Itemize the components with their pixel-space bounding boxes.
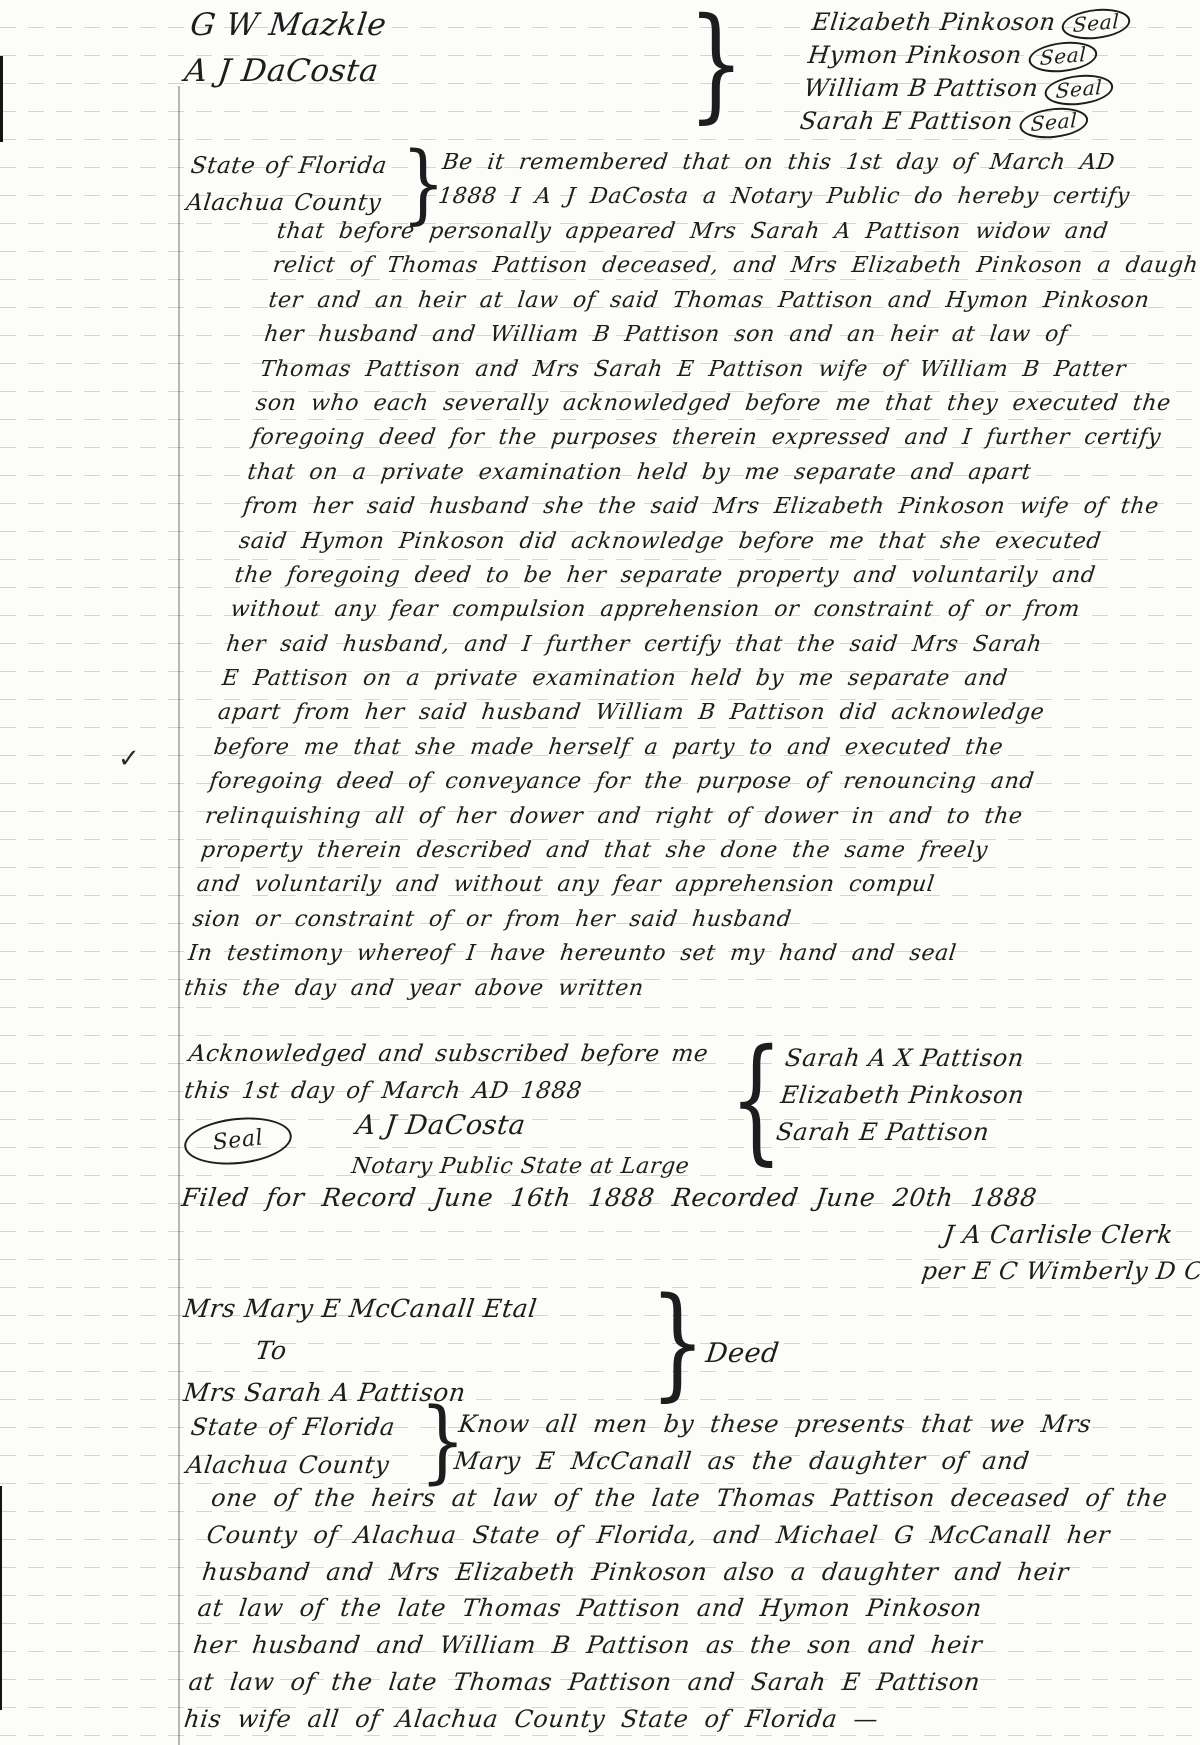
- handwritten-line: Mary E McCanall as the daughter of and: [182, 1443, 1197, 1480]
- handwritten-line: and voluntarily and without any fear app…: [195, 868, 1199, 902]
- caption-connector: To: [254, 1336, 289, 1365]
- attestation-statement: Acknowledged and subscribed before methi…: [182, 1036, 1200, 1110]
- acknowledgment-opening: Be it remembered that on this 1st day of…: [182, 146, 1190, 215]
- handwritten-line: apart from her said husband William B Pa…: [216, 696, 1200, 730]
- notary-title: Notary Public State at Large: [350, 1154, 691, 1179]
- seal-stamp: Seal: [1028, 39, 1098, 75]
- deed-section: State of FloridaAlachua County } Know al…: [182, 1406, 1192, 1737]
- handwritten-line: husband and Mrs Elizabeth Pinkoson also …: [200, 1553, 1200, 1590]
- signatory-row: Sarah E PattisonSeal: [798, 105, 1121, 138]
- handwritten-line: said Hymon Pinkoson did acknowledge befo…: [237, 524, 1200, 558]
- handwritten-line: from her said husband she the said Mrs E…: [241, 490, 1200, 524]
- seal-stamp: Seal: [1044, 72, 1114, 108]
- handwritten-line: that on a private examination held by me…: [245, 456, 1200, 490]
- handwritten-line: ter and an heir at law of said Thomas Pa…: [266, 284, 1200, 318]
- acknowledgment-section: State of FloridaAlachua County } Be it r…: [182, 146, 1182, 1006]
- handwritten-line: property therein described and that she …: [199, 834, 1200, 868]
- handwritten-line: 1888 I A J DaCosta a Notary Public do he…: [182, 180, 1186, 214]
- signatory-name: Sarah E Pattison: [798, 107, 1014, 135]
- handwritten-line: Acknowledged and subscribed before me: [187, 1036, 1200, 1073]
- handwritten-line: Thomas Pattison and Mrs Sarah E Pattison…: [258, 352, 1200, 386]
- seal-stamp: Seal: [1019, 105, 1089, 141]
- handwritten-line: son who each severally acknowledged befo…: [254, 387, 1200, 421]
- handwritten-line: Know all men by these presents that we M…: [187, 1406, 1200, 1443]
- deed-body: one of the heirs at law of the late Thom…: [182, 1480, 1200, 1738]
- signatory-name: William B Pattison: [802, 74, 1040, 102]
- handwritten-line: her husband and William B Pattison as th…: [191, 1627, 1200, 1664]
- attestation-block: Acknowledged and subscribed before methi…: [182, 1036, 1192, 1110]
- handwritten-line: that before personally appeared Mrs Sara…: [275, 215, 1200, 249]
- seal-stamp: Seal: [1062, 6, 1132, 42]
- handwritten-line: at law of the late Thomas Pattison and H…: [196, 1590, 1200, 1627]
- filed-record-line: Filed for Record June 16th 1888 Recorded…: [180, 1183, 1039, 1212]
- scan-edge-artifact: [0, 56, 3, 142]
- witness-signature: G W Mazkle: [188, 2, 390, 48]
- handwritten-line: E Pattison on a private examination held…: [220, 662, 1200, 696]
- signatory-list: Elizabeth PinkosonSeal Hymon PinkosonSea…: [798, 6, 1133, 138]
- handwritten-line: her husband and William B Pattison son a…: [262, 318, 1200, 352]
- deed-record-page: G W MazkleA J DaCosta } Elizabeth Pinkos…: [0, 0, 1200, 1745]
- notary-signature: A J DaCosta: [354, 1110, 527, 1141]
- brace-decoration: }: [688, 4, 744, 122]
- handwritten-line: relinquishing all of her dower and right…: [203, 799, 1200, 833]
- acknowledgment-body: that before personally appeared Mrs Sara…: [182, 215, 1200, 1006]
- margin-check-mark: ✓: [118, 744, 140, 774]
- handwritten-line: his wife all of Alachua County State of …: [182, 1700, 1197, 1737]
- handwritten-line: In testimony whereof I have hereunto set…: [186, 937, 1190, 971]
- deputy-clerk-signature: per E C Wimberly D C: [920, 1257, 1200, 1285]
- signatory-row: William B PattisonSeal: [802, 72, 1125, 105]
- handwritten-line: the foregoing deed to be her separate pr…: [233, 559, 1200, 593]
- signatory-name: Elizabeth Pinkoson: [811, 8, 1058, 36]
- handwritten-line: before me that she made herself a party …: [212, 731, 1200, 765]
- witness-signatures: G W MazkleA J DaCosta: [182, 2, 389, 94]
- handwritten-line: sion or constraint of or from her said h…: [190, 903, 1194, 937]
- signatory-row: Elizabeth PinkosonSeal: [810, 6, 1133, 39]
- handwritten-line: this the day and year above written: [182, 971, 1186, 1005]
- handwritten-line: without any fear compulsion apprehension…: [228, 593, 1200, 627]
- handwritten-line: foregoing deed for the purposes therein …: [250, 421, 1200, 455]
- brace-decoration: }: [650, 1282, 706, 1404]
- handwritten-line: County of Alachua State of Florida, and …: [205, 1516, 1200, 1553]
- signatory-row: Hymon PinkosonSeal: [806, 39, 1129, 72]
- witness-signature: A J DaCosta: [182, 48, 384, 94]
- handwritten-line: at law of the late Thomas Pattison and S…: [187, 1664, 1200, 1701]
- scan-edge-artifact: [0, 1486, 2, 1710]
- margin-rule: [178, 86, 180, 1745]
- handwritten-line: this 1st day of March AD 1888: [182, 1073, 1197, 1110]
- party-signatures: Sarah A X PattisonElizabeth PinkosonSara…: [774, 1040, 1031, 1151]
- handwritten-line: Be it remembered that on this 1st day of…: [186, 146, 1190, 180]
- handwritten-line: relict of Thomas Pattison deceased, and …: [271, 249, 1200, 283]
- handwritten-line: foregoing deed of conveyance for the pur…: [207, 765, 1200, 799]
- handwritten-line: one of the heirs at law of the late Thom…: [209, 1480, 1200, 1517]
- party-signature: Sarah E Pattison: [774, 1114, 1022, 1151]
- notary-seal: Seal: [182, 1112, 294, 1169]
- handwritten-line: her said husband, and I further certify …: [224, 627, 1200, 661]
- party-signature: Sarah A X Pattison: [783, 1040, 1031, 1077]
- grantor-name: Mrs Mary E McCanall Etal: [182, 1294, 539, 1323]
- instrument-type: Deed: [704, 1338, 781, 1369]
- party-signature: Elizabeth Pinkoson: [779, 1077, 1027, 1114]
- signatory-name: Hymon Pinkoson: [806, 41, 1023, 69]
- clerk-signature: J A Carlisle Clerk: [942, 1220, 1175, 1249]
- deed-opening: Know all men by these presents that we M…: [182, 1406, 1200, 1480]
